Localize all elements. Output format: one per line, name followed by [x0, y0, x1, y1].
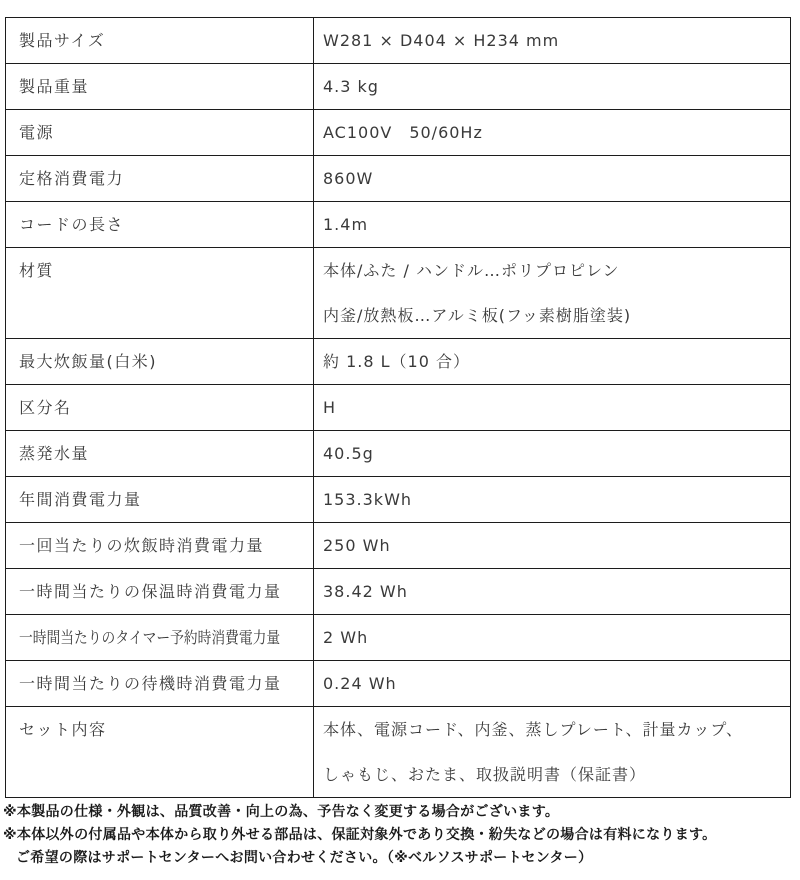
spec-row-cord-length: コードの長さ 1.4m: [6, 202, 791, 248]
spec-label-standby-consumption: 一時間当たりの待機時消費電力量: [6, 661, 314, 707]
spec-label-power-source: 電源: [6, 110, 314, 156]
spec-value-material: 本体/ふた / ハンドル…ポリプロピレン 内釜/放熱板…アルミ板(フッ素樹脂塗装…: [314, 248, 791, 339]
spec-row-timer-consumption: 一時間当たりのタイマー予約時消費電力量 2 Wh: [6, 615, 791, 661]
spec-row-keepwarm-consumption: 一時間当たりの保温時消費電力量 38.42 Wh: [6, 569, 791, 615]
spec-label-product-size: 製品サイズ: [6, 18, 314, 64]
spec-value-standby-consumption: 0.24 Wh: [314, 661, 791, 707]
spec-label-cord-length: コードの長さ: [6, 202, 314, 248]
spec-value-product-weight: 4.3 kg: [314, 64, 791, 110]
note-line-support-center: ご希望の際はサポートセンターへお問い合わせください。（※ベルソスサポートセンター…: [3, 847, 797, 870]
spec-label-evaporation: 蒸発水量: [6, 431, 314, 477]
spec-value-cord-length: 1.4m: [314, 202, 791, 248]
set-contents-line-2: しゃもじ、おたま、取扱説明書（保証書）: [323, 752, 784, 797]
note-line-spec-change: ※本製品の仕様・外観は、品質改善・向上の為、予告なく変更する場合がございます。: [3, 801, 797, 824]
spec-label-max-capacity: 最大炊飯量(白米): [6, 339, 314, 385]
spec-value-max-capacity: 約 1.8 L（10 合）: [314, 339, 791, 385]
spec-row-product-weight: 製品重量 4.3 kg: [6, 64, 791, 110]
spec-label-annual-consumption: 年間消費電力量: [6, 477, 314, 523]
footer-notes: ※本製品の仕様・外観は、品質改善・向上の為、予告なく変更する場合がございます。 …: [3, 801, 797, 870]
spec-row-rated-power: 定格消費電力 860W: [6, 156, 791, 202]
spec-label-cooking-consumption: 一回当たりの炊飯時消費電力量: [6, 523, 314, 569]
spec-value-rated-power: 860W: [314, 156, 791, 202]
spec-value-set-contents: 本体、電源コード、内釜、蒸しプレート、計量カップ、 しゃもじ、おたま、取扱説明書…: [314, 707, 791, 798]
spec-row-standby-consumption: 一時間当たりの待機時消費電力量 0.24 Wh: [6, 661, 791, 707]
spec-value-product-size: W281 × D404 × H234 mm: [314, 18, 791, 64]
product-spec-page: 製品サイズ W281 × D404 × H234 mm 製品重量 4.3 kg …: [0, 0, 800, 880]
note-line-warranty: ※本体以外の付属品や本体から取り外せる部品は、保証対象外であり交換・紛失などの場…: [3, 824, 797, 847]
spec-value-keepwarm-consumption: 38.42 Wh: [314, 569, 791, 615]
spec-row-power-source: 電源 AC100V 50/60Hz: [6, 110, 791, 156]
spec-row-evaporation: 蒸発水量 40.5g: [6, 431, 791, 477]
spec-value-timer-consumption: 2 Wh: [314, 615, 791, 661]
spec-value-power-source: AC100V 50/60Hz: [314, 110, 791, 156]
material-line-body: 本体/ふた / ハンドル…ポリプロピレン: [323, 248, 784, 293]
spec-label-keepwarm-consumption: 一時間当たりの保温時消費電力量: [6, 569, 314, 615]
spec-row-material: 材質 本体/ふた / ハンドル…ポリプロピレン 内釜/放熱板…アルミ板(フッ素樹…: [6, 248, 791, 339]
material-line-pot: 内釜/放熱板…アルミ板(フッ素樹脂塗装): [323, 293, 784, 338]
spec-row-set-contents: セット内容 本体、電源コード、内釜、蒸しプレート、計量カップ、 しゃもじ、おたま…: [6, 707, 791, 798]
spec-row-product-size: 製品サイズ W281 × D404 × H234 mm: [6, 18, 791, 64]
set-contents-line-1: 本体、電源コード、内釜、蒸しプレート、計量カップ、: [323, 707, 784, 752]
spec-table: 製品サイズ W281 × D404 × H234 mm 製品重量 4.3 kg …: [5, 17, 791, 798]
spec-value-annual-consumption: 153.3kWh: [314, 477, 791, 523]
spec-label-category-name: 区分名: [6, 385, 314, 431]
spec-row-category-name: 区分名 H: [6, 385, 791, 431]
spec-row-max-capacity: 最大炊飯量(白米) 約 1.8 L（10 合）: [6, 339, 791, 385]
spec-label-rated-power: 定格消費電力: [6, 156, 314, 202]
spec-label-set-contents: セット内容: [6, 707, 314, 798]
spec-value-evaporation: 40.5g: [314, 431, 791, 477]
spec-value-category-name: H: [314, 385, 791, 431]
spec-row-annual-consumption: 年間消費電力量 153.3kWh: [6, 477, 791, 523]
spec-label-timer-consumption-text: 一時間当たりのタイマー予約時消費電力量: [19, 615, 280, 660]
spec-label-material: 材質: [6, 248, 314, 339]
spec-label-timer-consumption: 一時間当たりのタイマー予約時消費電力量: [6, 615, 314, 661]
spec-row-cooking-consumption: 一回当たりの炊飯時消費電力量 250 Wh: [6, 523, 791, 569]
spec-value-cooking-consumption: 250 Wh: [314, 523, 791, 569]
spec-label-product-weight: 製品重量: [6, 64, 314, 110]
